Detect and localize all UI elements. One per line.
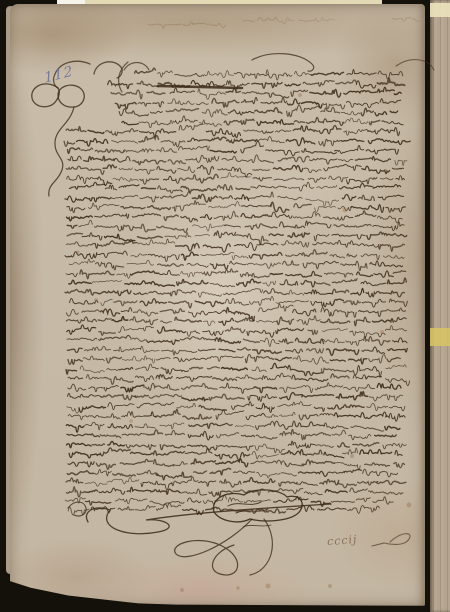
adjacent-folio-cream-patch bbox=[430, 3, 450, 17]
folio-number-roman: cccij bbox=[326, 533, 357, 549]
adjacent-folio-edge-right bbox=[430, 0, 450, 612]
parchment-page bbox=[10, 4, 425, 607]
photo-background: 112 cccij bbox=[0, 0, 450, 612]
adjacent-folio-yellow-patch bbox=[430, 328, 450, 346]
